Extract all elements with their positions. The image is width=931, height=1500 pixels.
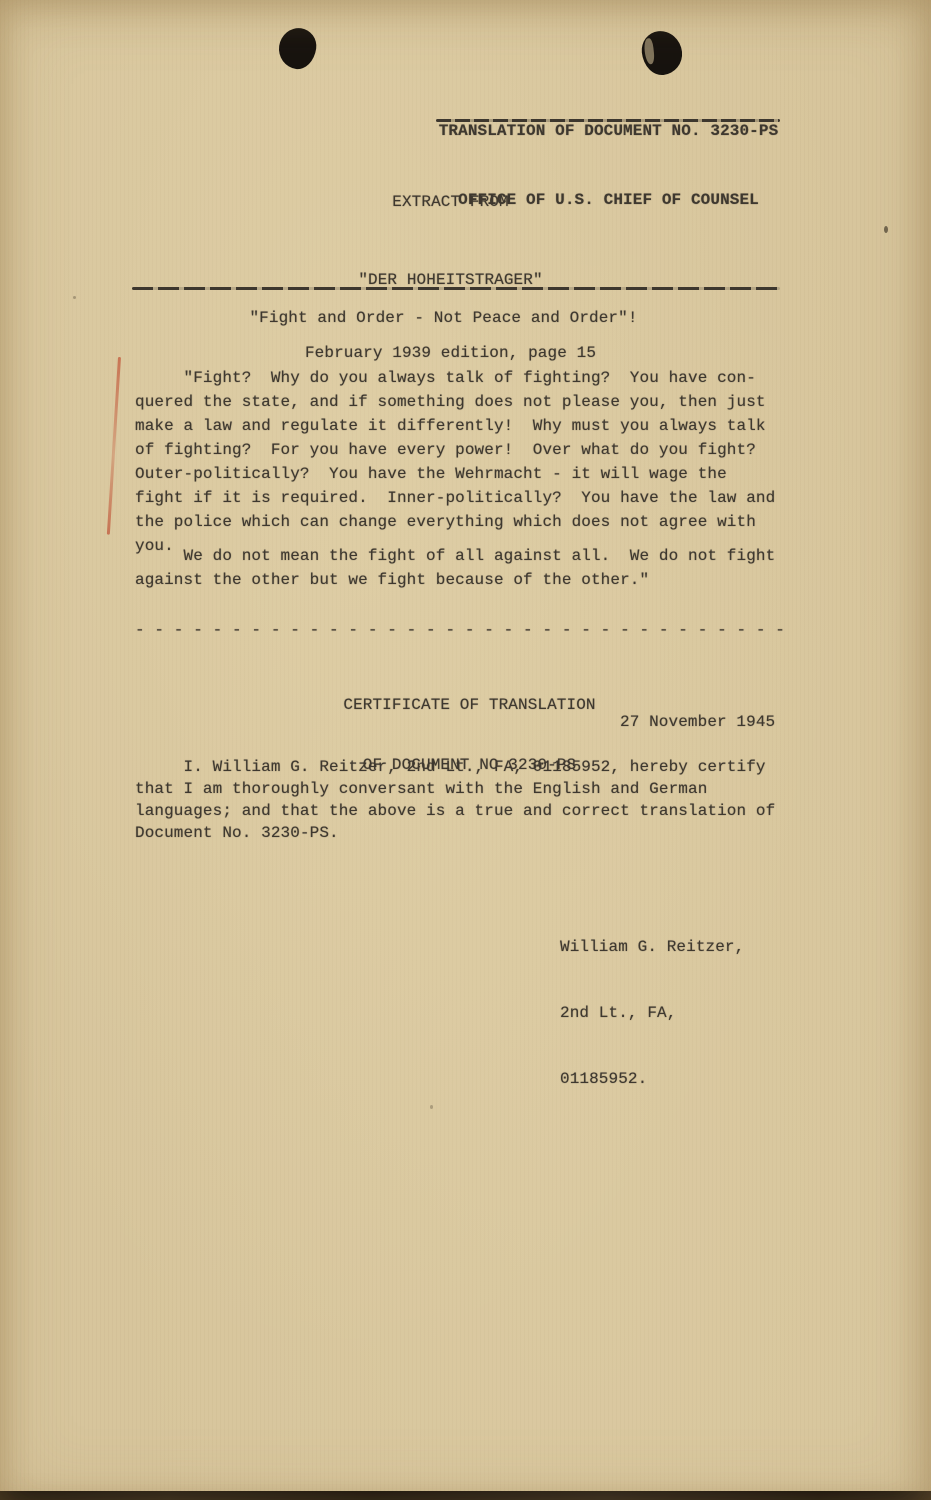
signature-name: William G. Reitzer, <box>560 936 744 958</box>
quote-paragraph-1: "Fight? Why do you always talk of fighti… <box>135 366 800 558</box>
extract-from-label: EXTRACT FROM <box>128 193 773 212</box>
signature-serial: 01185952. <box>560 1068 744 1090</box>
paper-speck <box>430 1105 433 1109</box>
scan-edge-bar <box>0 1491 931 1500</box>
edition-line: February 1939 edition, page 15 <box>128 344 773 363</box>
red-margin-mark <box>107 357 121 535</box>
certificate-date: 27 November 1945 <box>620 713 775 731</box>
header-line-translation: TRANSLATION OF DOCUMENT NO. 3230-PS <box>437 120 780 143</box>
header-underline-rule <box>436 119 780 122</box>
hole-punch-left <box>276 26 318 72</box>
paper-speck <box>73 296 76 299</box>
source-block: EXTRACT FROM "DER HOHEITSTRAGER" Februar… <box>128 155 773 401</box>
signature-rank: 2nd Lt., FA, <box>560 1002 744 1024</box>
dashed-separator: - - - - - - - - - - - - - - - - - - - - … <box>135 622 800 638</box>
certificate-title-line1: CERTIFICATE OF TRANSLATION <box>147 695 792 715</box>
hole-punch-right <box>640 29 684 77</box>
signature-block: William G. Reitzer, 2nd Lt., FA, 0118595… <box>560 892 744 1134</box>
certificate-body: I. William G. Reitzer, 2nd Lt., FA, 0118… <box>135 756 807 844</box>
quote-title: "Fight and Order - Not Peace and Order"! <box>121 309 766 327</box>
horizontal-rule <box>132 287 780 290</box>
quote-paragraph-2: We do not mean the fight of all against … <box>135 544 800 592</box>
document-page: TRANSLATION OF DOCUMENT NO. 3230-PS OFFI… <box>0 0 931 1500</box>
paper-speck <box>884 226 888 233</box>
